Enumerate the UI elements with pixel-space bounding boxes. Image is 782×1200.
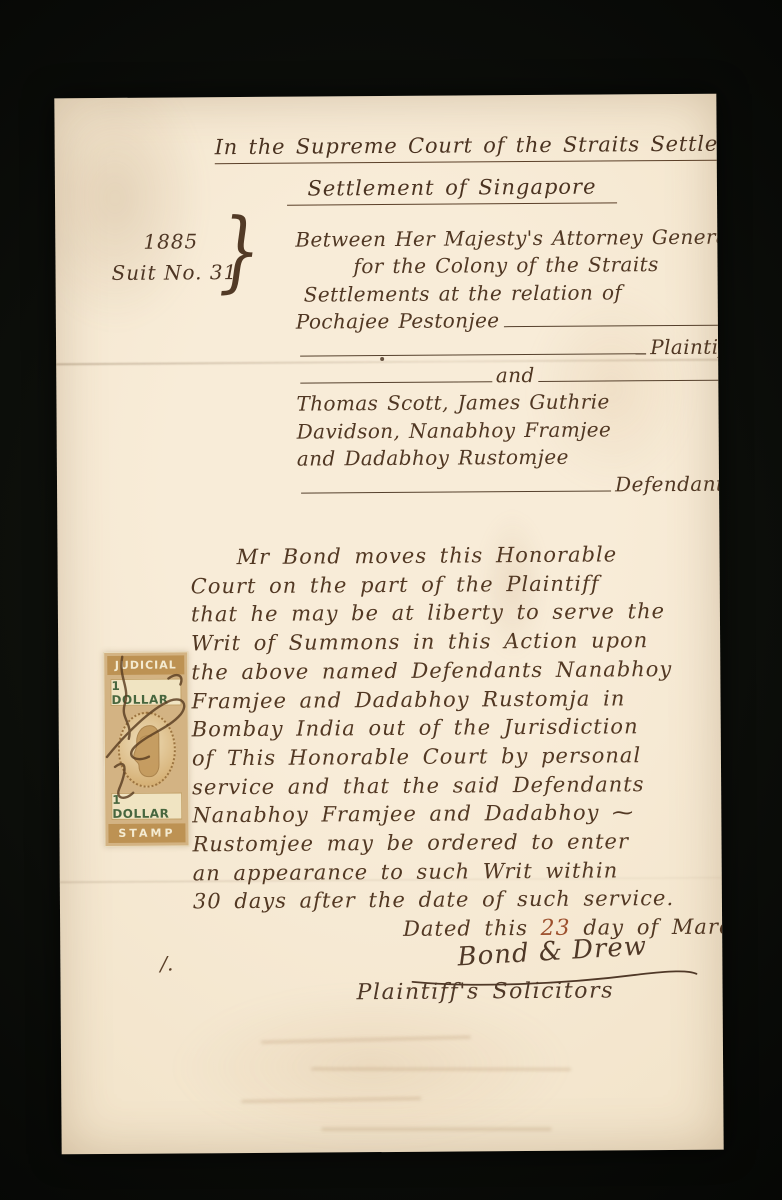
- and-line: and: [296, 361, 723, 391]
- plaintiff-label: Plaintiff: [650, 333, 724, 361]
- defendant-names: and Dadabhoy Rustomjee: [297, 444, 569, 473]
- body-line: service and that the said Defendants: [192, 769, 724, 802]
- body-line: Mr Bond moves this Honorable: [236, 540, 723, 572]
- defendant-names: Davidson, Nanabhoy Framjee: [297, 416, 612, 446]
- ink-rule: [504, 325, 724, 328]
- ghost-writing-bleedthrough: [311, 1067, 571, 1070]
- stamp-value-top: 1 DOLLAR: [110, 678, 181, 705]
- document-paper: In the Supreme Court of the Straits Sett…: [54, 94, 723, 1155]
- defendant-line: and Dadabhoy Rustomjee: [297, 443, 724, 473]
- court-header-line: In the Supreme Court of the Straits Sett…: [215, 132, 724, 165]
- ghost-writing-bleedthrough: [241, 1097, 421, 1103]
- margin-mark: /.: [160, 952, 173, 976]
- case-brace: }: [218, 207, 261, 295]
- between-line: Between Her Majesty's Attorney General: [295, 224, 723, 254]
- defendant-line: Thomas Scott, James Guthrie: [296, 388, 723, 418]
- ink-rule: [539, 380, 724, 382]
- stamp-portrait-frame: [105, 709, 189, 789]
- between-line: Settlements at the relation of: [304, 278, 724, 308]
- body-line: an appearance to such Writ within: [193, 855, 724, 888]
- between-text: Between Her Majesty's Attorney General: [295, 224, 723, 254]
- queen-victoria-portrait-icon: [119, 713, 174, 785]
- ink-rule: [301, 490, 611, 493]
- motion-paragraph: Mr Bond moves this Honorable Court on th…: [190, 540, 723, 947]
- body-line: Writ of Summons in this Action upon: [191, 626, 724, 659]
- and-label: and: [496, 362, 535, 390]
- relator-name: Pochajee Pestonjee: [296, 307, 500, 336]
- between-line: for the Colony of the Straits: [353, 251, 723, 281]
- body-line: Bombay India out of the Jurisdiction: [192, 712, 724, 745]
- plaintiff-line: Plaintiff: [296, 333, 724, 363]
- defendant-line: Davidson, Nanabhoy Framjee: [297, 415, 724, 445]
- stamp-top-band: JUDICIAL: [107, 655, 184, 675]
- body-line: Rustomjee may be ordered to enter: [192, 827, 723, 860]
- monarch-portrait-medallion: [117, 711, 176, 787]
- ghost-writing-bleedthrough: [322, 1128, 552, 1131]
- defendants-label: Defendants: [615, 470, 724, 498]
- defendants-line: Defendants: [297, 470, 724, 500]
- ink-rule: [300, 381, 492, 383]
- body-line: Court on the part of the Plaintiff: [191, 568, 724, 601]
- between-text: Settlements at the relation of: [304, 279, 623, 309]
- date-prefix: Dated this: [403, 916, 541, 941]
- parties-block: Between Her Majesty's Attorney General f…: [295, 224, 723, 501]
- body-line: that he may be at liberty to serve the: [191, 597, 724, 630]
- corner-shading-stain: [54, 94, 206, 329]
- case-year: 1885: [143, 229, 198, 253]
- signature-role: Plaintiff's Solicitors: [356, 978, 614, 1005]
- paper-stain: [171, 985, 572, 1148]
- body-line: 30 days after the date of such service.: [193, 884, 724, 917]
- settlement-header-line: Settlement of Singapore: [287, 174, 617, 205]
- defendant-names: Thomas Scott, James Guthrie: [296, 389, 609, 419]
- photo-backdrop: { "photo": { "backdrop_color": "#0c0e0a"…: [0, 0, 782, 1200]
- between-text: for the Colony of the Straits: [353, 252, 658, 282]
- stamp-bottom-band: STAMP: [108, 823, 185, 843]
- body-line: Framjee and Dadabhoy Rustomja in: [191, 683, 723, 716]
- ghost-writing-bleedthrough: [261, 1036, 471, 1044]
- ink-rule: [300, 353, 646, 356]
- judicial-stamp: JUDICIAL 1 DOLLAR 1 DOLLAR STAMP: [103, 651, 189, 847]
- body-line: the above named Defendants Nanabhoy: [191, 654, 723, 687]
- relator-line: Pochajee Pestonjee: [296, 306, 724, 336]
- body-line: Nanabhoy Framjee and Dadabhoy ⁓: [192, 798, 723, 831]
- body-line: of This Honorable Court by personal: [192, 740, 724, 773]
- stamp-value-bottom: 1 DOLLAR: [111, 792, 182, 819]
